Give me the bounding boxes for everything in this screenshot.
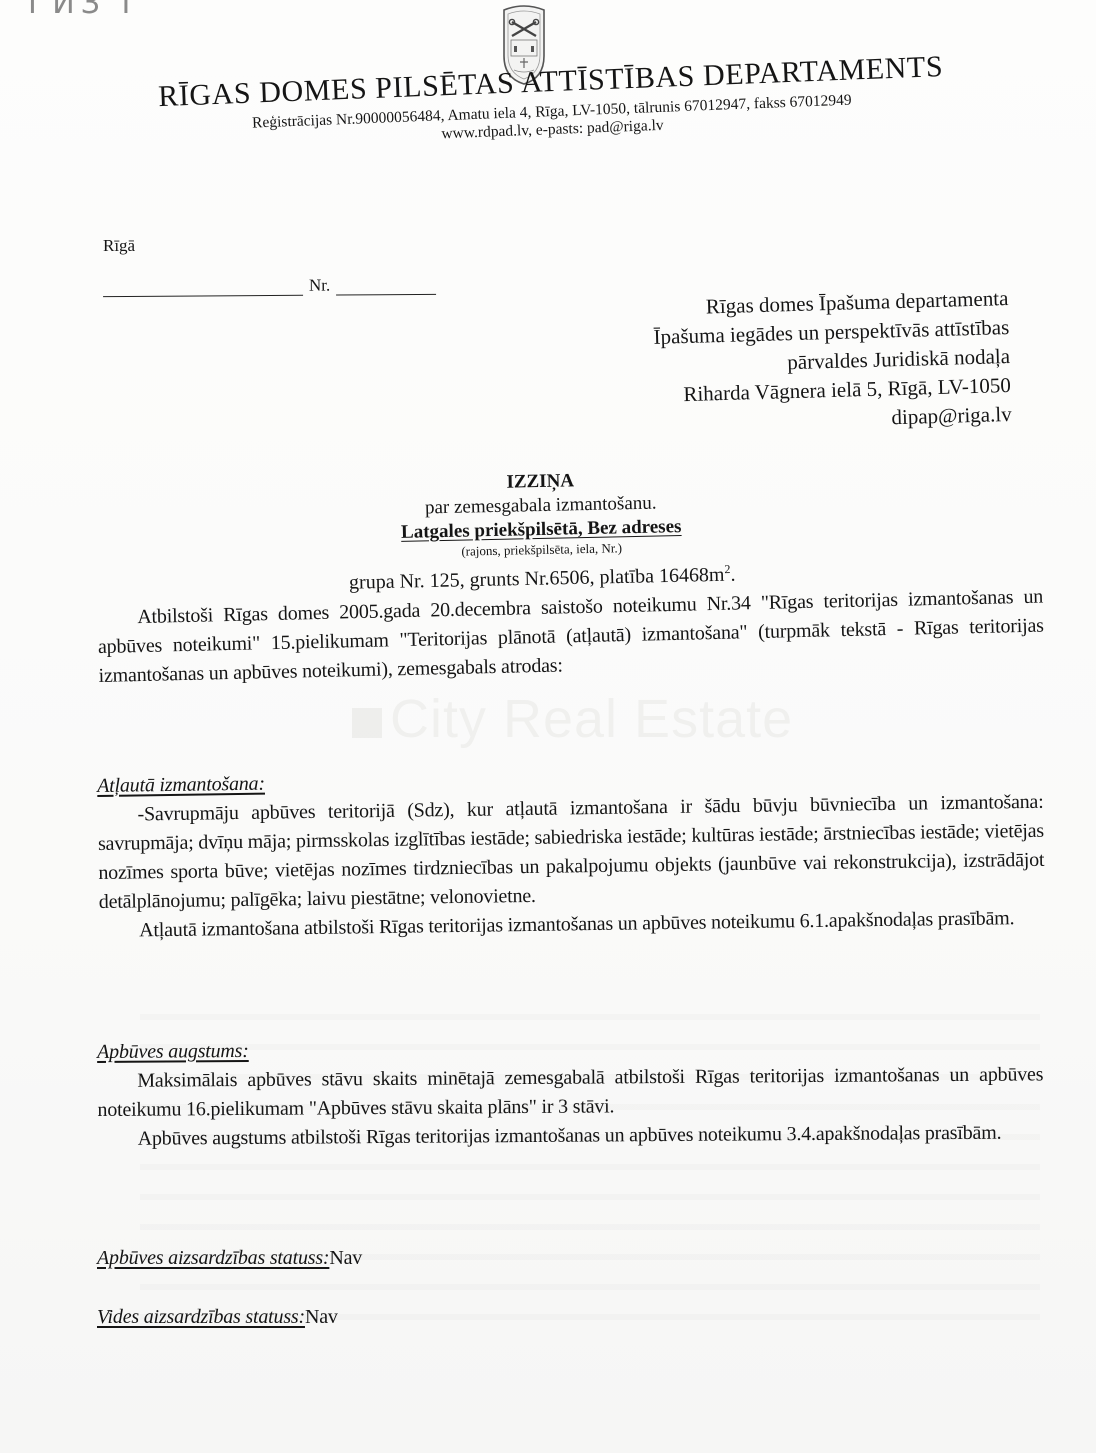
document-number-line: Nr. xyxy=(103,275,436,297)
section-permitted-use: Atļautā izmantošana: -Savrupmāju apbūves… xyxy=(97,759,1045,946)
section-heading: Apbūves aizsardzības statuss: xyxy=(97,1247,329,1269)
section-building-protection: Apbūves aizsardzības statuss:Nav xyxy=(97,1244,1043,1273)
section-paragraph: -Savrupmāju apbūves teritorijā (Sdz), ku… xyxy=(97,788,1045,917)
section-building-height: Apbūves augstums: Maksimālais apbūves st… xyxy=(97,1031,1044,1154)
watermark-text: City Real Estate xyxy=(390,689,793,749)
document-page: ГИЗ I RĪGAS DOMES PILSĒTAS ATTĪSTĪBAS DE… xyxy=(0,0,1096,1453)
watermark-logo-icon xyxy=(352,708,382,738)
status-value: Nav xyxy=(329,1247,362,1269)
intro-paragraph: Atbilstoši Rīgas domes 2005.gada 20.dece… xyxy=(97,583,1045,691)
section-paragraph: Maksimālais apbūves stāvu skaits minētaj… xyxy=(97,1060,1043,1125)
letterhead: RĪGAS DOMES PILSĒTAS ATTĪSTĪBAS DEPARTAM… xyxy=(110,38,993,156)
corner-mark: ГИЗ I xyxy=(28,0,136,21)
status-value: Nav xyxy=(305,1306,338,1328)
number-label: Nr. xyxy=(309,276,330,296)
section-environment-protection: Vides aizsardzības statuss:Nav xyxy=(97,1303,1043,1332)
section-heading: Vides aizsardzības statuss: xyxy=(97,1306,305,1328)
document-title-block: IZZIŅA par zemesgabala izmantošanu. Latg… xyxy=(280,465,802,598)
watermark: City Real Estate xyxy=(352,688,793,750)
date-blank xyxy=(103,278,303,297)
parcel-end: . xyxy=(730,564,735,586)
number-blank xyxy=(336,281,436,296)
intro-text: Atbilstoši Rīgas domes 2005.gada 20.dece… xyxy=(97,583,1045,691)
place-of-issue: Rīgā xyxy=(103,236,135,256)
section-paragraph: Apbūves augstums atbilstoši Rīgas terito… xyxy=(98,1118,1044,1154)
recipient-block: Rīgas domes Īpašuma departamenta Īpašuma… xyxy=(548,284,1012,442)
parcel-text: grupa Nr. 125, grunts Nr.6506, platība 1… xyxy=(349,564,725,594)
